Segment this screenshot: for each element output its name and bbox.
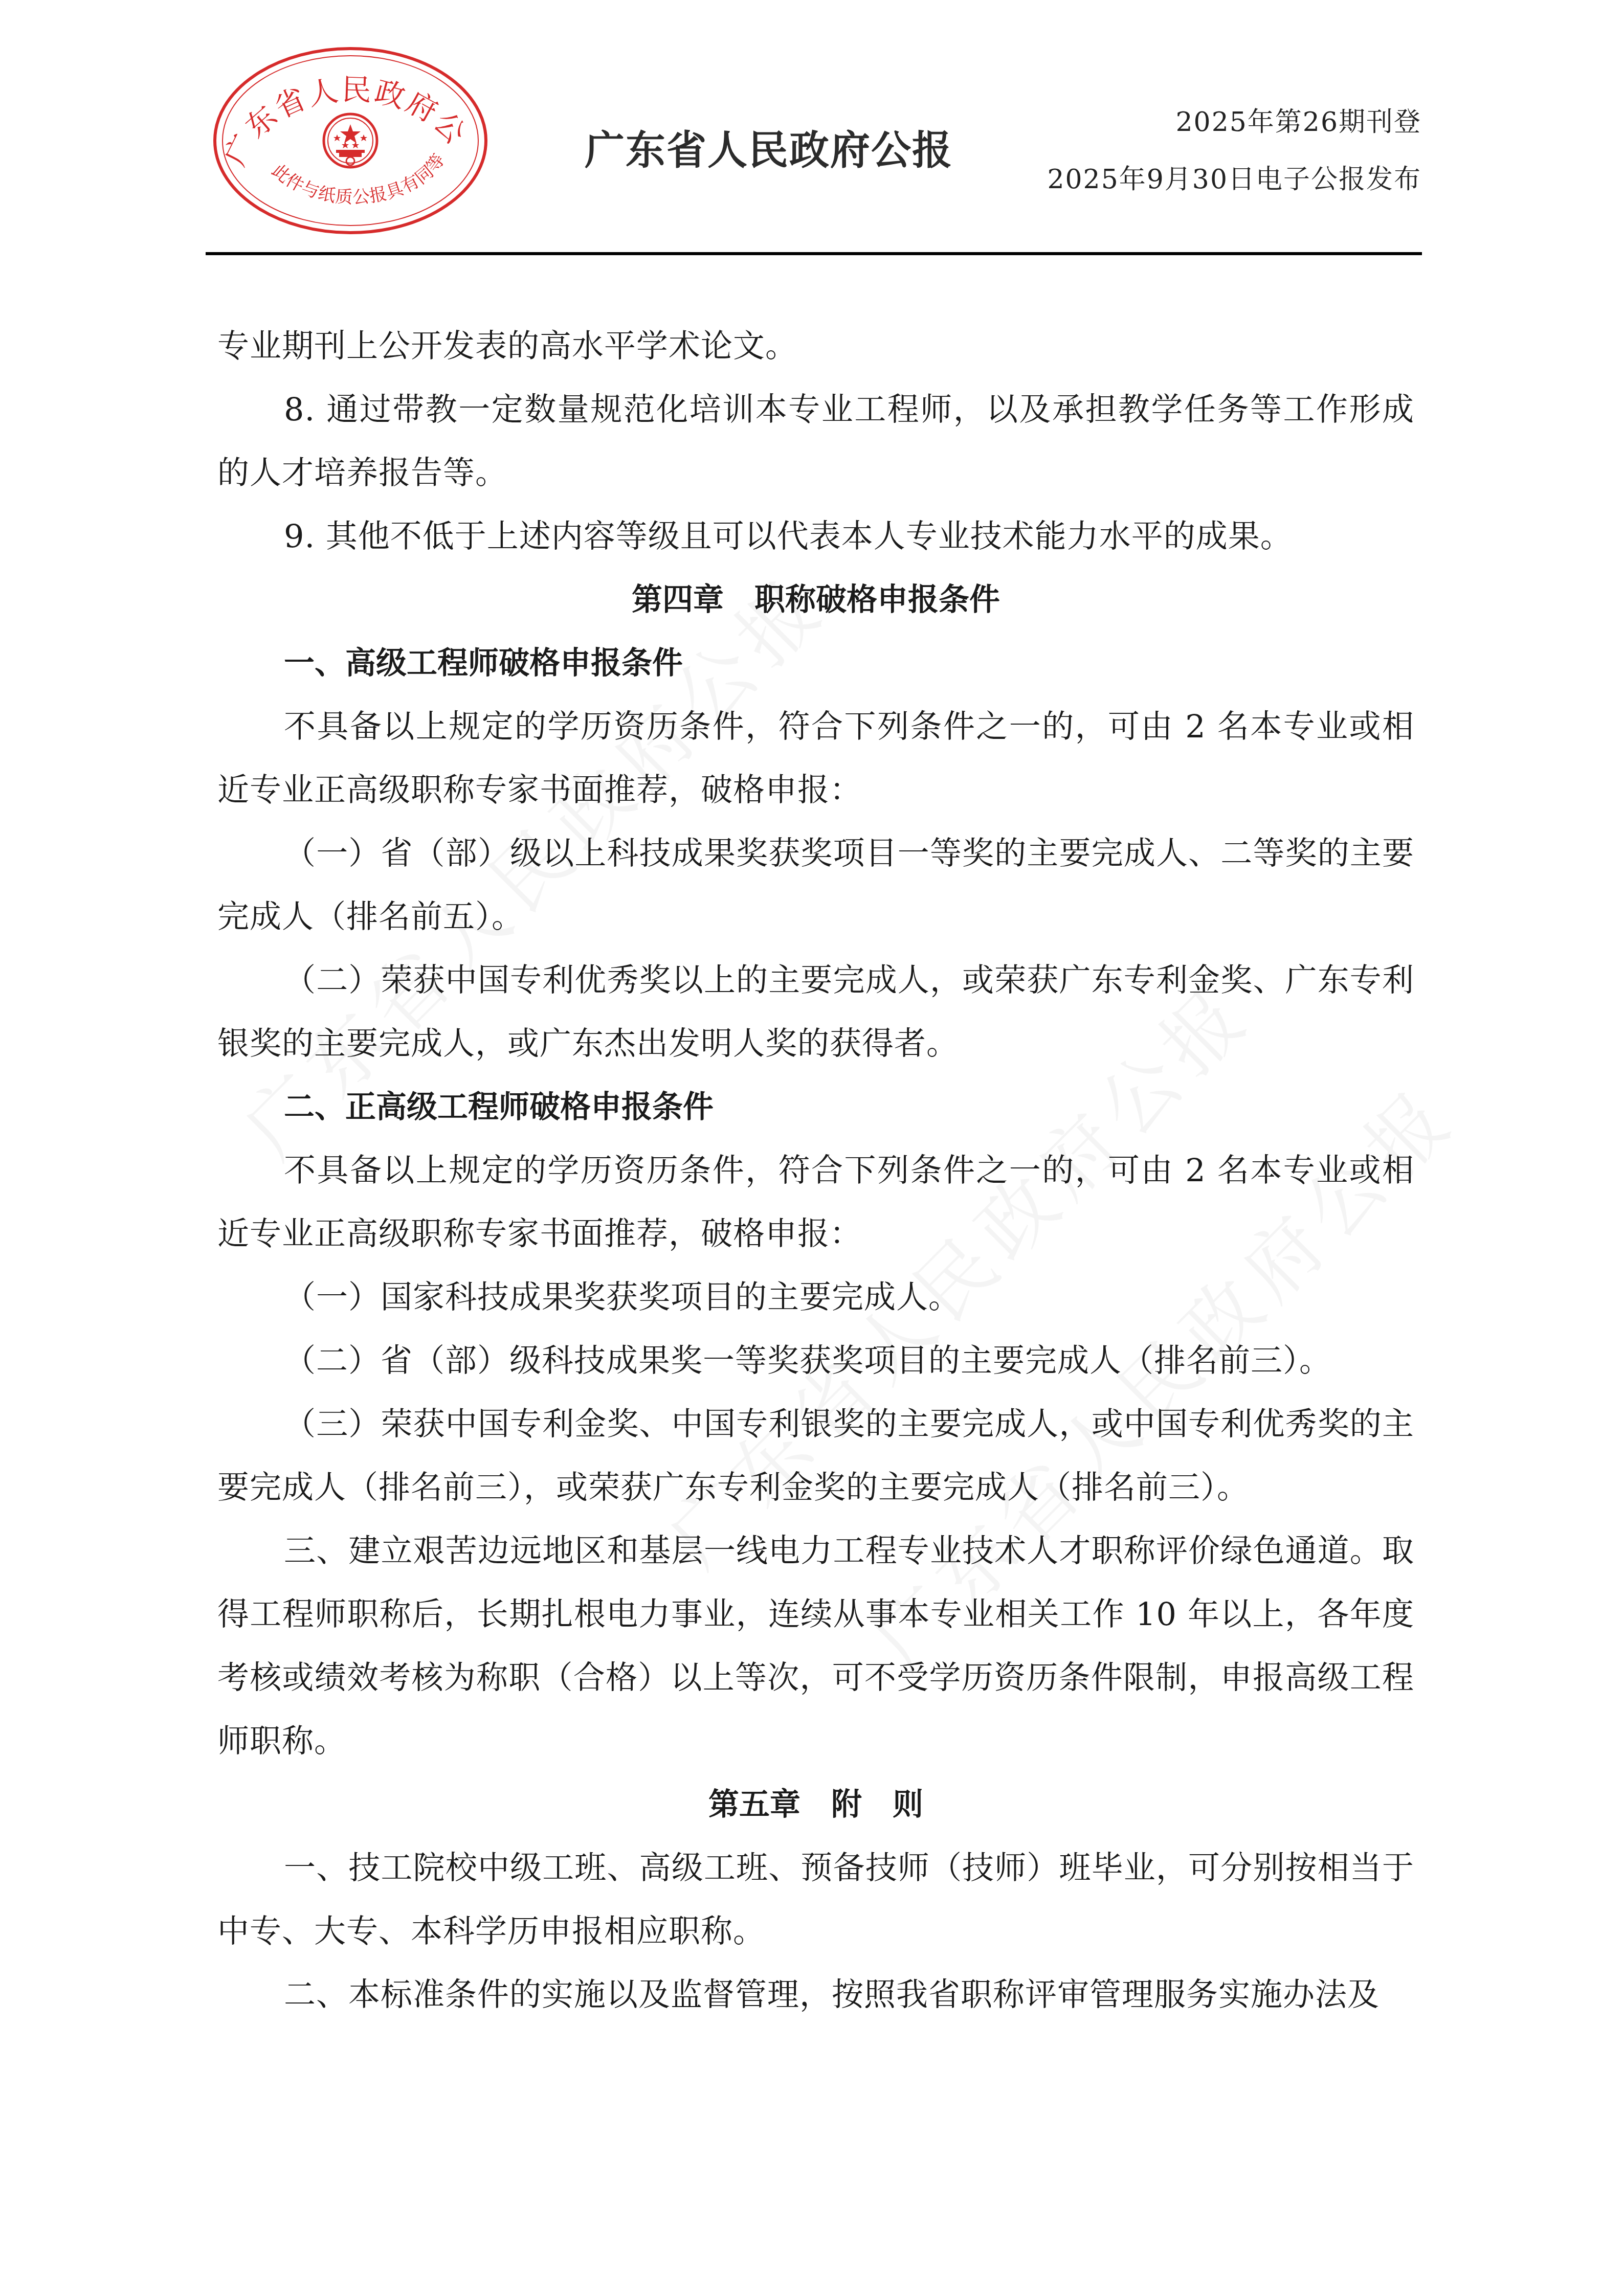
paragraph: 9. 其他不低于上述内容等级且可以代表本人专业技术能力水平的成果。	[217, 505, 1414, 568]
section-heading: 一、高级工程师破格申报条件	[217, 632, 1414, 695]
publish-date: 2025年9月30日电子公报发布	[1047, 157, 1421, 196]
list-item: （一）国家科技成果奖获奖项目的主要完成人。	[217, 1266, 1414, 1329]
paragraph: 专业期刊上公开发表的高水平学术论文。	[217, 314, 1414, 378]
header-divider	[206, 252, 1422, 255]
list-item: （一）省（部）级以上科技成果奖获奖项目一等奖的主要完成人、二等奖的主要完成人（排…	[217, 822, 1414, 949]
document-body: 专业期刊上公开发表的高水平学术论文。 8. 通过带教一定数量规范化培训本专业工程…	[217, 314, 1414, 2027]
gazette-title: 广东省人民政府公报	[585, 119, 953, 176]
issue-number: 2025年第26期刊登	[1175, 100, 1421, 139]
seal-emblem-icon: 广东省人民政府公报 此件与纸质公报具有同等效力	[207, 41, 494, 240]
list-item: （二）荣获中国专利优秀奖以上的主要完成人，或荣获广东专利金奖、广东专利银奖的主要…	[217, 949, 1414, 1075]
chapter-heading: 第四章 职称破格申报条件	[217, 568, 1414, 632]
list-item: 二、本标准条件的实施以及监督管理，按照我省职称评审管理服务实施办法及	[217, 1963, 1414, 2027]
paragraph: 不具备以上规定的学历资历条件，符合下列条件之一的，可由 2 名本专业或相近专业正…	[217, 695, 1414, 822]
paragraph: 三、建立艰苦边远地区和基层一线电力工程专业技术人才职称评价绿色通道。取得工程师职…	[217, 1519, 1414, 1773]
paragraph: 不具备以上规定的学历资历条件，符合下列条件之一的，可由 2 名本专业或相近专业正…	[217, 1139, 1414, 1266]
list-item: 一、技工院校中级工班、高级工班、预备技师（技师）班毕业，可分别按相当于中专、大专…	[217, 1836, 1414, 1963]
chapter-heading: 第五章 附 则	[217, 1773, 1414, 1836]
list-item: （二）省（部）级科技成果奖一等奖获奖项目的主要完成人（排名前三）。	[217, 1329, 1414, 1392]
section-heading: 二、正高级工程师破格申报条件	[217, 1075, 1414, 1139]
gazette-seal: 广东省人民政府公报 此件与纸质公报具有同等效力	[207, 41, 494, 240]
list-item: （三）荣获中国专利金奖、中国专利银奖的主要完成人，或中国专利优秀奖的主要完成人（…	[217, 1392, 1414, 1519]
paragraph: 8. 通过带教一定数量规范化培训本专业工程师，以及承担教学任务等工作形成的人才培…	[217, 378, 1414, 505]
